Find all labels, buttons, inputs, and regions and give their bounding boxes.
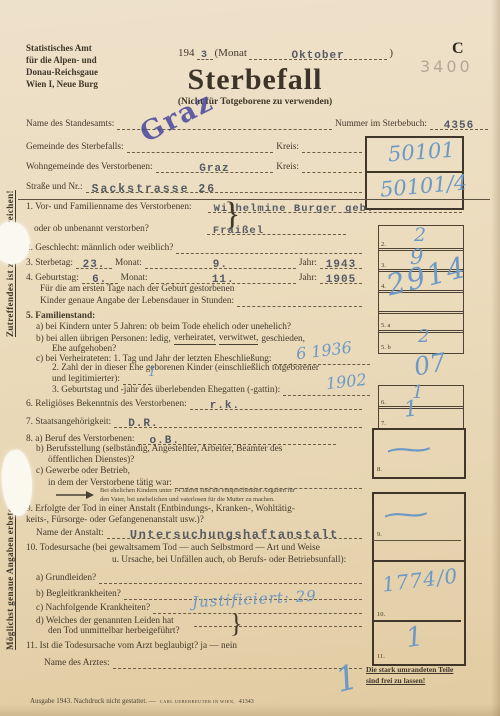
box-5a-label: 5. a (381, 322, 390, 329)
margin-note-precise: Möglichst genaue Angaben erbeten! (5, 388, 15, 650)
q8b1-row: b) Berufsstellung (selbständig, Angestel… (36, 444, 336, 455)
year-typed: 3 (201, 50, 208, 61)
q9-line2: keits-, Fürsorge- oder Gefangenenanstalt… (26, 515, 204, 526)
q10a-label: a) Grundleiden? (36, 573, 96, 584)
book-value: 4356 (444, 120, 474, 132)
q4-jahr-label: Jahr: (299, 273, 317, 284)
q8b2-row: öffentlichen Dienstes)? (48, 455, 248, 466)
q8b2-label: öffentlichen Dienstes)? (48, 455, 134, 466)
code-top-handwritten: 50101 (387, 140, 455, 166)
q10c-label: c) Nachfolgende Krankheiten? (36, 603, 150, 614)
q11-row: 11. Ist die Todesursache vom Arzt beglau… (26, 641, 326, 652)
q5a-row: a) bei Kindern unter 5 Jahren: ob beim T… (36, 322, 370, 333)
standesamt-label: Name des Standesamts: (26, 119, 114, 130)
footer-edition: Ausgabe 1943. Nachdruck nicht gestattet.… (30, 697, 156, 705)
q3-label: 3. Sterbetag: (26, 258, 73, 269)
q4-note1-text: Für die am ersten Tage nach der Geburt g… (40, 284, 234, 295)
q3-row: 3. Sterbetag: 23. Monat: 9. Jahr: 1943 (26, 257, 362, 269)
q7-row: 7. Staatsangehörigkeit: D.R. (26, 416, 362, 428)
wohngemeinde-label: Wohngemeinde des Verstorbenen: (26, 162, 153, 173)
q3-jahr-label: Jahr: (299, 258, 317, 269)
q5b-verheiratet-underlined: verheiratet, (174, 333, 216, 345)
q3-month-typed: 9. (213, 259, 228, 271)
q6-row: 6. Religiöses Bekenntnis des Verstorbene… (26, 398, 362, 410)
q9-line2-row: keits-, Fürsorge- oder Gefangenenanstalt… (26, 515, 276, 526)
kreis2-label: Kreis: (276, 162, 299, 173)
form-title: Sterbefall (115, 63, 395, 97)
hand-tilde-9: ∼ (395, 502, 417, 528)
q10-line2-row: u. Ursache, bei Unfällen auch, ob Berufs… (112, 555, 362, 566)
arzt-row: Name des Arztes: (44, 657, 362, 669)
q4-note2-text: Kinder genaue Angabe der Lebensdauer in … (40, 296, 234, 307)
strasse-label: Straße und Nr.: (26, 182, 83, 193)
q10a-row: a) Grundleiden? (36, 572, 362, 584)
anstalt-label: Name der Anstalt: (36, 528, 104, 539)
q10-line1: 10. Todesursache (bei gewaltsamem Tod — … (26, 543, 320, 554)
q1-row: 1. Vor- und Familienname des Verstorbene… (26, 201, 462, 213)
hand-spouse-year: 1902 (325, 372, 367, 392)
q5c3-row: 3. Geburtstag und -jahr des überlebenden… (52, 384, 370, 396)
box-5b-label: 5. b (381, 344, 391, 351)
scan-edge-right (491, 0, 500, 716)
q4-note1: Für die am ersten Tage nach der Geburt g… (40, 284, 360, 295)
arrow-note-text: Bei ehelichen Kindern unter 14 Jahren si… (100, 487, 295, 504)
hand-family-status: 2 (418, 328, 429, 346)
q7-label: 7. Staatsangehörigkeit: (26, 417, 111, 428)
q4-hours-blank (237, 295, 362, 307)
box-2-label: 2. (381, 241, 386, 248)
hand-tilde-8: ∼ (398, 437, 420, 463)
arzt-label: Name des Arztes: (44, 658, 110, 669)
q8c1-label: c) Gewerbe oder Betrieb, (36, 466, 130, 477)
q3-monat-label: Monat: (115, 258, 142, 269)
q3-year-typed: 1943 (326, 259, 356, 271)
q8c1-row: c) Gewerbe oder Betrieb, (36, 466, 216, 477)
q1-sub-label: oder ob unbenannt verstorben? (34, 224, 149, 235)
year-printed: 194 (178, 47, 195, 60)
book-label: Nummer im Sterbebuch: (335, 119, 427, 130)
q10b-label: b) Begleitkrankheiten? (36, 589, 121, 600)
q5b-verwitwet-underlined: verwitwet, (219, 333, 259, 345)
q9-anstalt-row: Name der Anstalt: Untersuchungshaftansta… (36, 527, 362, 539)
corner-letter: C (452, 40, 464, 58)
q4-note2: Kinder genaue Angabe der Lebensdauer in … (40, 295, 362, 307)
footer-note: Die stark umrandeten Teile sind frei zu … (366, 664, 492, 687)
death-record-form: Statistisches Amt für die Alpen- und Don… (0, 0, 500, 716)
q10-line1-row: 10. Todesursache (bei gewaltsamem Tod — … (26, 543, 362, 554)
q3-day-typed: 23. (83, 259, 106, 271)
hand-certified: 1 (404, 623, 425, 652)
box-4-label: 4. (381, 283, 386, 290)
q1-sub-row: oder ob unbenannt verstorben? Fraißel (34, 223, 346, 235)
q4-monat-label: Monat: (121, 273, 148, 284)
monat-open: (Monat (215, 47, 247, 60)
box-9-divider (373, 540, 461, 541)
footer-number: 41343 (239, 699, 254, 705)
kreis-label: Kreis: (276, 142, 299, 153)
hand-sex: 2 (414, 226, 426, 245)
strasse-row: Straße und Nr.: Sackstrasse 26 (26, 181, 362, 193)
q4-row: 4. Geburtstag: 6. Monat: 11. Jahr: 1905 (26, 272, 362, 284)
box-8-label: 8. (377, 466, 382, 473)
q5c3-label: 3. Geburtstag und -jahr des überlebenden… (52, 385, 280, 396)
q2-blank (176, 242, 362, 254)
q8b1-label: b) Berufsstellung (selbständig, Angestel… (36, 444, 282, 455)
q1-label: 1. Vor- und Familienname des Verstorbene… (26, 202, 192, 213)
monat-close: ) (389, 47, 393, 60)
gemeinde-row: Gemeinde des Sterbefalls: Kreis: (26, 141, 362, 153)
q2-label: 2. Geschlecht: männlich oder weiblich? (26, 243, 173, 254)
kreis2-blank (302, 161, 362, 173)
standesamt-row: Name des Standesamts: Nummer im Sterbebu… (26, 118, 488, 130)
strasse-value: Sackstrasse 26 (92, 183, 217, 196)
box-10-label: 10. (377, 611, 385, 618)
section-divider (18, 199, 490, 200)
q10d2-row: den Tod unmittelbar herbeigeführt? (48, 626, 248, 637)
hand-children-count: 1 (148, 366, 156, 379)
anstalt-value-typed: Untersuchungshaftanstalt (130, 528, 339, 542)
box-11-label: 11. (377, 653, 385, 660)
gemeinde-label: Gemeinde des Sterbefalls: (26, 142, 124, 153)
form-subtitle: (Nicht für Totgeborene zu verwenden) (115, 97, 395, 107)
q9-line1: 9. Erfolgte der Tod in einer Anstalt (En… (26, 504, 295, 515)
footer-printer: CARL UEBERREUTER IN WIEN, (160, 699, 235, 704)
wohngemeinde-value: Graz (199, 163, 229, 175)
q10a-blank (99, 572, 362, 584)
date-line: 194 3 (Monat Oktober ) (178, 47, 393, 60)
q7-value-typed: D.R. (128, 418, 158, 430)
q5a-label: a) bei Kindern unter 5 Jahren: ob beim T… (36, 322, 291, 333)
q5-title: 5. Familienstand: (26, 311, 95, 322)
q11-label: 11. Ist die Todesursache vom Arzt beglau… (26, 641, 237, 652)
q10d-brace: } (230, 611, 242, 637)
q10d2-label: den Tod unmittelbar herbeigeführt? (48, 626, 180, 637)
box-7-label: 7. (381, 420, 386, 427)
q6-value-typed: r.k. (210, 400, 240, 412)
q10-line2: u. Ursache, bei Unfällen auch, ob Berufs… (112, 555, 346, 566)
issuing-office: Statistisches Amt für die Alpen- und Don… (26, 42, 98, 91)
q4-label: 4. Geburtstag: (26, 273, 79, 284)
arzt-blank (113, 657, 362, 669)
hand-margin-code: 07 (412, 349, 448, 379)
box-7 (378, 406, 464, 430)
arrow-icon (56, 490, 94, 500)
q6-label: 6. Religiöses Bekenntnis des Verstorbene… (26, 399, 187, 410)
kreis-blank (302, 141, 362, 153)
wohngemeinde-row: Wohngemeinde des Verstorbenen: Graz Krei… (26, 161, 362, 173)
q9-line1-row: 9. Erfolgte der Tod in einer Anstalt (En… (26, 504, 362, 515)
q1-maidenname-typed: Fraißel (213, 225, 264, 237)
box-9-label: 9. (377, 531, 382, 538)
hand-nationality: 1 (403, 398, 419, 421)
arrow-note: Bei ehelichen Kindern unter 14 Jahren si… (56, 487, 295, 504)
q5-title-row: 5. Familienstand: (26, 311, 226, 322)
corner-stamp-number: 3400 (420, 57, 473, 76)
monat-value: Oktober (292, 50, 345, 62)
box-6-label: 6. (381, 399, 386, 406)
footer-imprint: Ausgabe 1943. Nachdruck nicht gestattet.… (30, 690, 254, 708)
q2-row: 2. Geschlecht: männlich oder weiblich? (26, 242, 362, 254)
